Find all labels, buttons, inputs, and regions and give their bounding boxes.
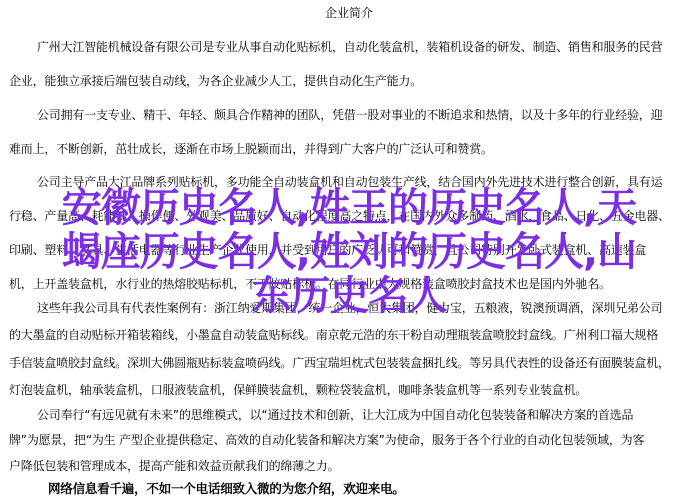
paragraph-2-line-2: 难而上，不断创新，茁壮成长，逐渐在市场上脱颖而出，并得到广大客户的广泛认可和赞赏…	[9, 141, 689, 157]
paragraph-3-line-4: 机，上开盖装盒机，水行业的热熔胶贴标机，不干胶贴标机。在同行业中大规格装盒喷胶封…	[9, 276, 689, 292]
paragraph-2-line-1: 公司拥有一支专业、精干、年轻、颇具合作精神的团队，凭借一股对事业的不断追求和热情…	[37, 107, 698, 123]
paragraph-3-line-3: 印刷、塑料、文具、生活电器等行业生产企业使用，并受到用户的广泛认可和赞赏，且公司…	[9, 242, 689, 258]
paragraph-3-line-2: 行稳、产量高、耗能低、操作便、外观美、品质好、自动化程度高之特点，在国内外众多制…	[9, 208, 689, 224]
paragraph-4-line-3: 手信装盒喷胶封盒线。深圳大佛圆瓶贴标装盒喷码线。广西宝瑞坦枕式包装装盒捆扎线。等…	[9, 355, 689, 371]
closing-call-to-action: 网络信息看千遍，不如一个电话细致入微的为您介绍，欢迎来电。	[48, 481, 698, 497]
paragraph-4-line-4: 灯泡装盒机，轴承装盒机，口服液装盒机，保鲜膜装盒机，颗粒袋装盒机，咖啡条装盒机等…	[9, 382, 689, 398]
page-title: 企业简介	[0, 5, 698, 21]
paragraph-4-line-2: 的大墨盒的自动贴标开箱装箱线，小墨盒自动装盒贴标线。南京乾元浩的东干粉自动理瓶装…	[9, 327, 689, 343]
paragraph-1-line-1: 广州大江智能机械设备有限公司是专业从事自动化贴标机，自动化装盒机，装箱机设备的研…	[37, 39, 698, 55]
paragraph-5-line-3: 户降低包装和管理成本，提高产能和效益贡献我们的绵薄之力。	[9, 458, 689, 474]
company-intro-page: 企业简介 广州大江智能机械设备有限公司是专业从事自动化贴标机，自动化装盒机，装箱…	[0, 0, 698, 499]
paragraph-4-line-1: 这些年我公司具有代表性案例有：浙江纳爱斯集团，统一企业，恒大集团，健力宝，五粮液…	[37, 300, 698, 316]
paragraph-1-line-2: 企业，能独立承接后端包装自动线，为各企业减少人工，提供自动化生产能力。	[9, 73, 689, 89]
paragraph-5-line-1: 公司奉行“有远见就有未来”的思维模式，以“通过技术和创新，让大江成为中国自动化包…	[37, 407, 698, 423]
paragraph-5-line-2: 牌”为愿景，把“为生 产型企业提供稳定、高效的自动化装备和解决方案”为使命，服务…	[9, 432, 689, 448]
paragraph-3-line-1: 公司主导产品大江品牌系列贴标机，多功能全自动装盒机和自动包装生产线，结合国内外先…	[37, 174, 698, 190]
